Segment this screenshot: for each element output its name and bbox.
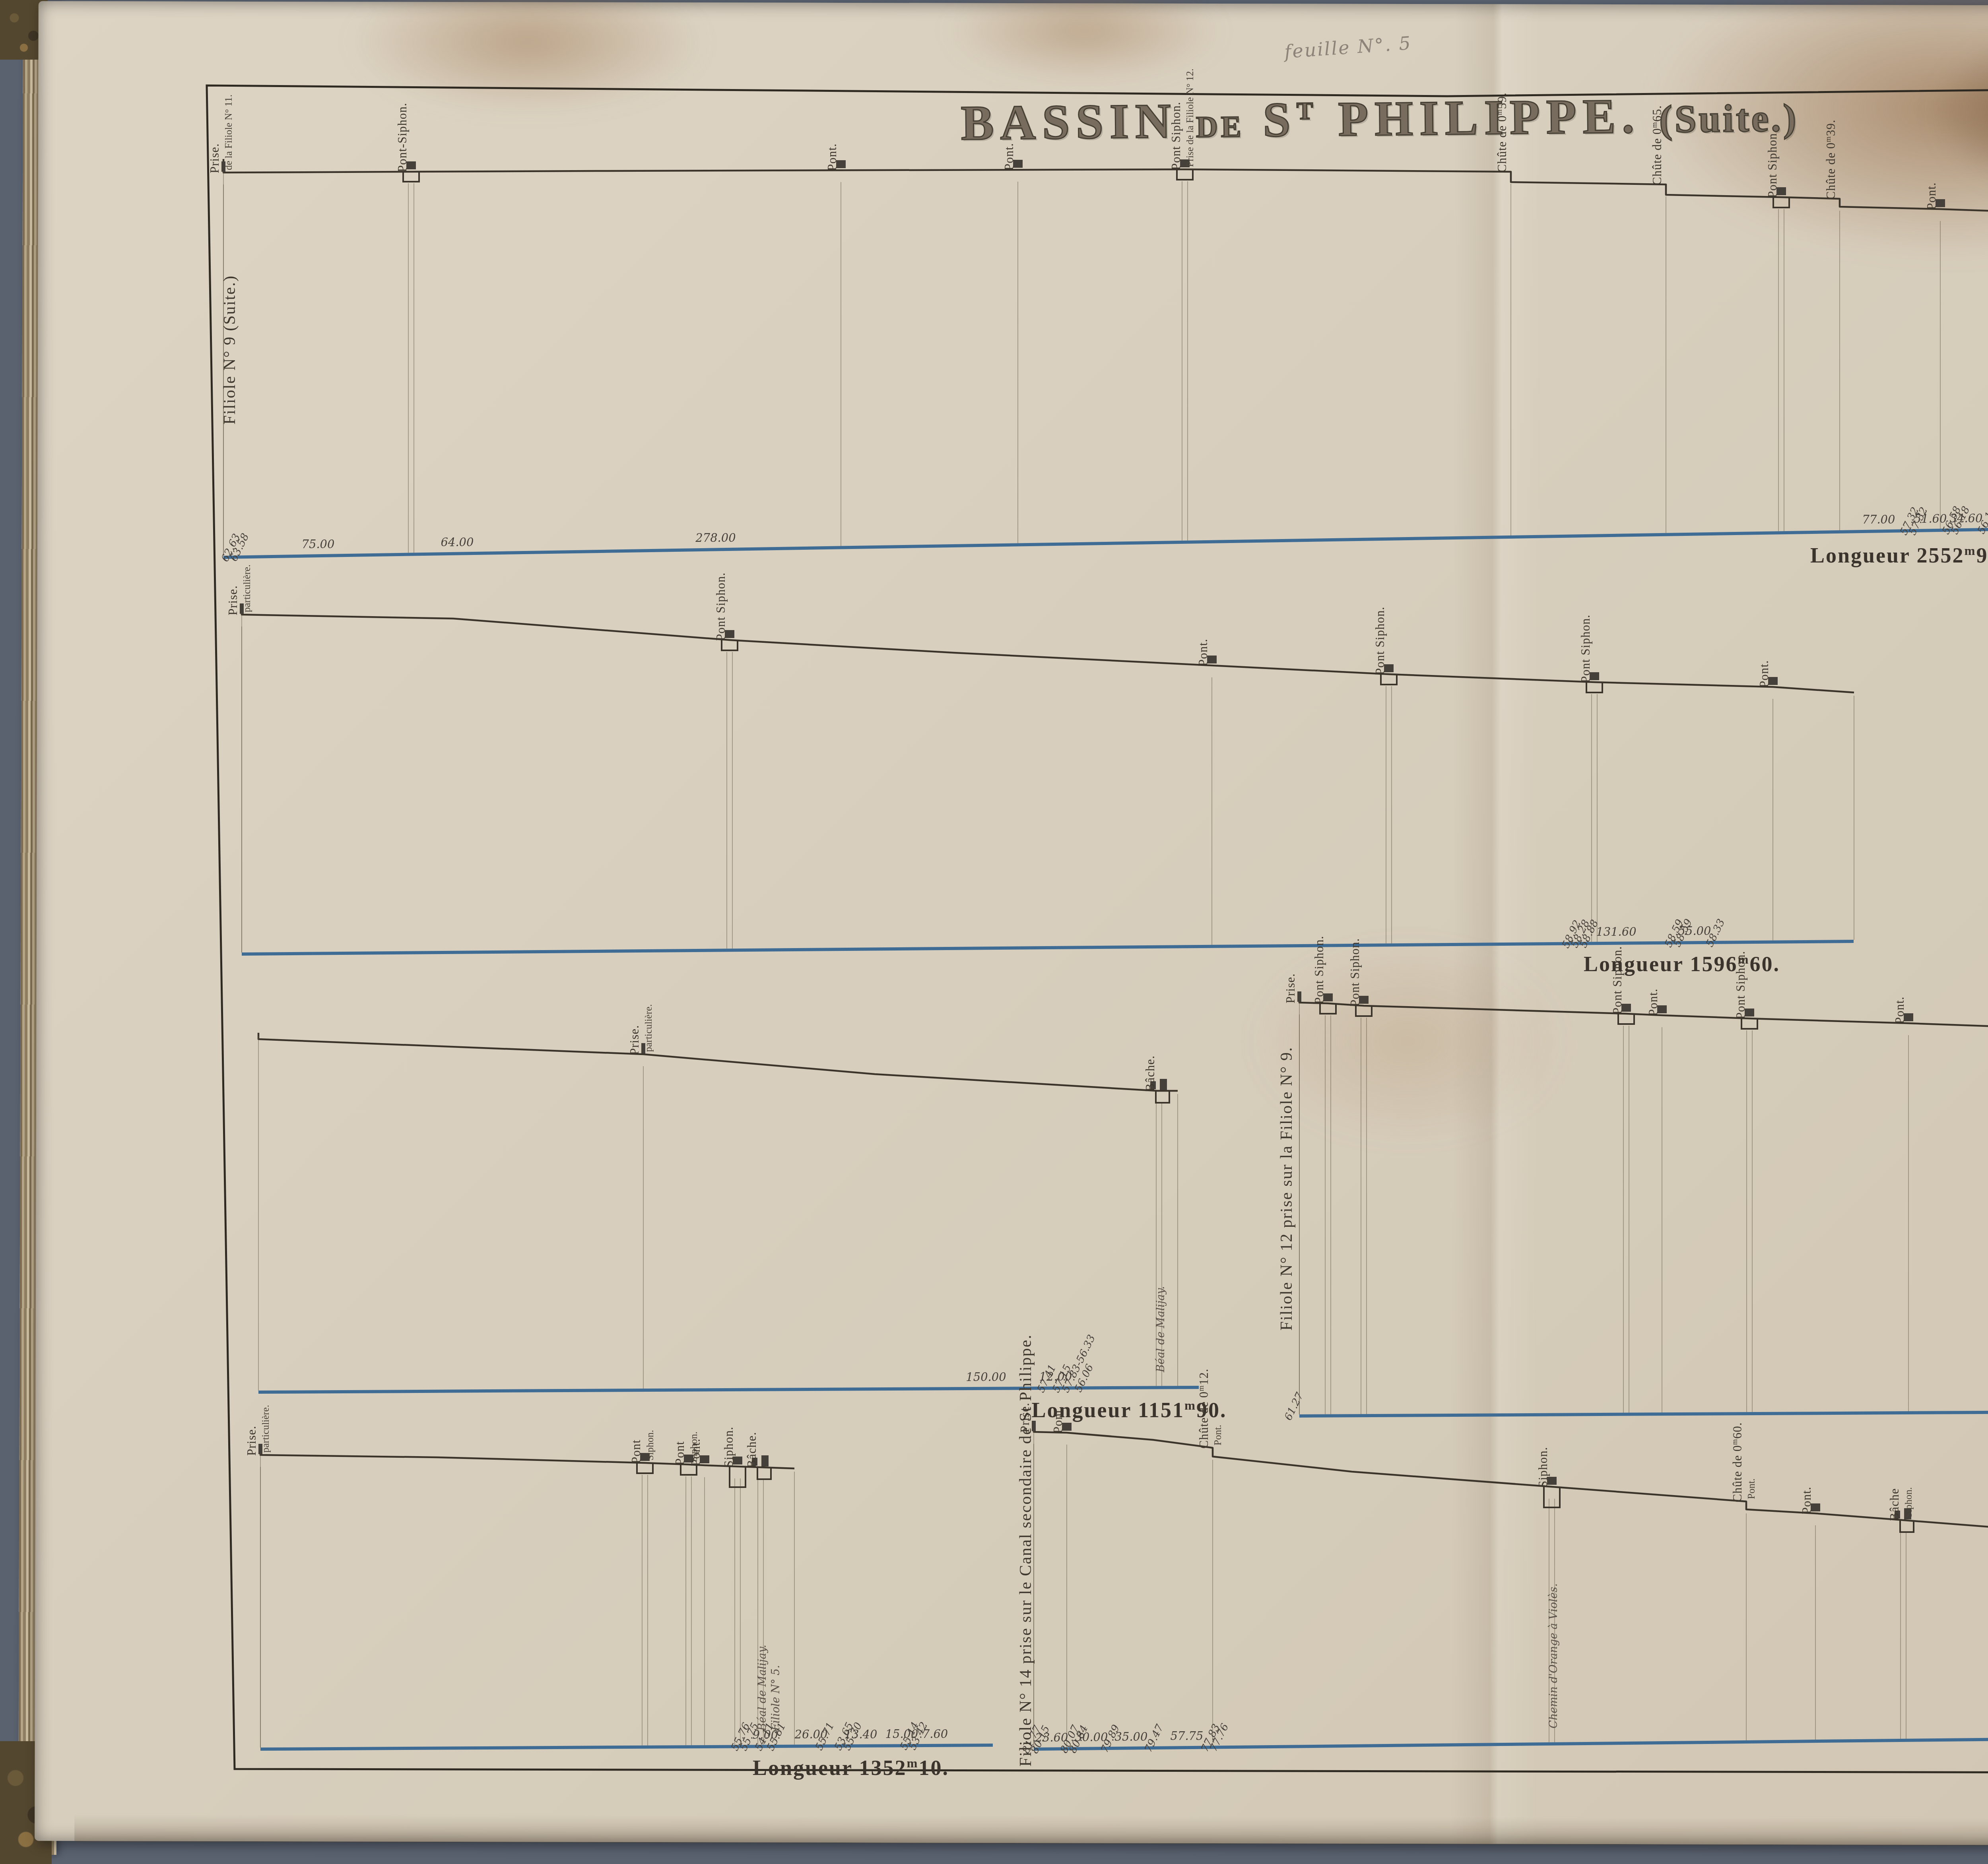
feature-label: Pont.	[1924, 182, 1939, 210]
distance-label: 15.00	[885, 1727, 918, 1741]
sheet-title: BASSIN DE ST PHILIPPE. (Suite.)	[961, 86, 1799, 151]
feature-label: Bâche.	[745, 1432, 759, 1468]
feature-label: Pont.	[1646, 988, 1660, 1016]
feature-label: Pont Siphon.	[1373, 607, 1387, 675]
feature-label: Bâche.	[1143, 1055, 1157, 1092]
distance-label: 26.00	[794, 1728, 827, 1741]
side-label-filiole-12: Filiole N° 12 prise sur la Filiole N° 9.	[1277, 1047, 1296, 1331]
feature-label: Prise.	[1283, 973, 1298, 1003]
feature-label: Pont	[673, 1441, 687, 1465]
distance-label: 150.00	[966, 1370, 1006, 1384]
side-label-filiole-14: Filiole N° 14 prise sur le Canal seconda…	[1016, 1334, 1035, 1767]
feature-label: Pont Siphon.	[714, 572, 728, 641]
feature-note: Béal de Malijay.	[1155, 1286, 1167, 1372]
distance-label: 12.00	[1039, 1370, 1072, 1383]
feature-sublabel: particulière.	[242, 564, 253, 612]
distance-label: 55.00	[1678, 924, 1711, 938]
distance-label: 278.00	[695, 531, 736, 545]
feature-note: Filiole N° 5.	[770, 1665, 782, 1731]
feature-label: Pont.	[1893, 996, 1907, 1024]
feature-label: Pont.	[825, 143, 839, 171]
title-philippe: PHILIPPE.	[1338, 89, 1641, 146]
distance-label: 57.75	[1170, 1729, 1203, 1743]
longueur-label: Longueur 2552m90.	[1810, 543, 1988, 568]
feature-label: Pont.	[1051, 1406, 1065, 1433]
feature-sublabel: Pont.	[1746, 1478, 1757, 1499]
distance-label: 13.40	[844, 1728, 877, 1741]
elevation-label: 61.27	[1282, 1391, 1306, 1422]
feature-label: Prise.	[208, 143, 222, 173]
feature-label: Pont Siphon.	[1734, 951, 1748, 1019]
feature-note: Chemin d'Orange à Violès.	[1547, 1583, 1560, 1728]
feature-label: Pont Siphon.	[1578, 615, 1593, 683]
scanned-book-spread: Prise.de la Filiole N° 11.Pont-Siphon.Po…	[0, 0, 1988, 1864]
distance-label: 64.00	[441, 535, 474, 549]
feature-label: Siphon.	[1536, 1447, 1550, 1488]
title-bassin: BASSIN	[961, 93, 1177, 150]
feature-label: Pont.	[689, 1438, 703, 1466]
distance-label: 75.00	[301, 537, 334, 551]
distance-label: 35.00	[1114, 1730, 1147, 1744]
distance-label: 77.00	[1862, 513, 1895, 526]
distance-label: 34.60	[1949, 512, 1982, 525]
distance-label: 9.00	[753, 1728, 779, 1742]
labels-layer: Prise.de la Filiole N° 11.Pont-Siphon.Po…	[0, 0, 1988, 1864]
feature-sublabel: particulière.	[643, 1004, 654, 1052]
feature-note: Béal de Malijay.	[756, 1645, 769, 1731]
feature-sublabel: Pont.	[1213, 1425, 1224, 1445]
feature-label: Chûte de 0m39.	[1824, 119, 1838, 200]
distance-label: 23.60	[1035, 1731, 1068, 1744]
title-suite: (Suite.)	[1659, 97, 1799, 141]
feature-label: Prise.	[245, 1426, 259, 1456]
feature-label: Bâche	[1887, 1488, 1902, 1521]
distance-label: 30.00	[1075, 1730, 1108, 1744]
feature-label: Siphon.	[722, 1426, 736, 1467]
feature-label: Pont	[629, 1439, 643, 1464]
feature-label: Pont Siphon.	[1312, 936, 1326, 1004]
title-st-sup: T	[1297, 97, 1320, 125]
feature-label: Pont.	[1196, 638, 1210, 666]
title-st: S	[1263, 92, 1297, 147]
feature-label: Pont Siphon.	[1348, 938, 1362, 1007]
feature-label: Pont Siphon.	[1610, 946, 1625, 1014]
feature-label: Prise.	[627, 1025, 642, 1055]
feature-sublabel: Siphon.	[1903, 1487, 1914, 1518]
feature-label: Chûte de 0m60.	[1730, 1422, 1745, 1502]
feature-label: Chûte de 0m12.	[1197, 1368, 1211, 1449]
title-de: DE	[1196, 110, 1244, 144]
distance-label: 51.60	[1914, 512, 1947, 526]
distance-label: 131.60	[1596, 925, 1636, 939]
feature-label: Pont.	[1800, 1486, 1814, 1514]
side-label-filiole-9-suite: Filiole N° 9 (Suite.)	[220, 275, 239, 425]
feature-sublabel: particulière.	[260, 1405, 272, 1453]
distance-label: 7.60	[922, 1727, 948, 1741]
feature-sublabel: de la Filiole N° 11.	[223, 95, 235, 170]
longueur-label: Longueur 1352m10.	[753, 1755, 949, 1780]
feature-label: Pont.	[1757, 660, 1771, 688]
feature-label: Pont-Siphon.	[395, 103, 410, 172]
feature-label: Prise.	[226, 585, 240, 615]
feature-sublabel: Siphon.	[645, 1430, 656, 1461]
